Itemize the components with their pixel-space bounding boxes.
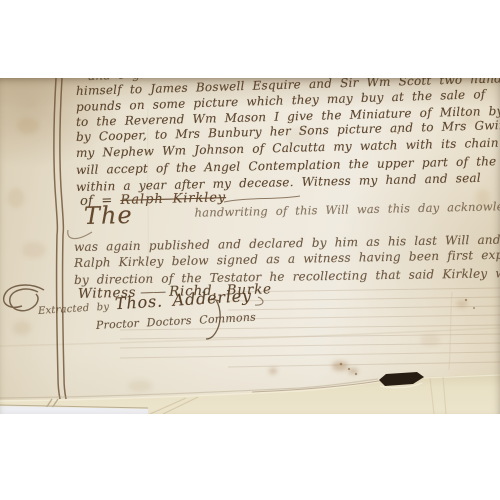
signature-flourish-line — [224, 196, 300, 202]
margin-lines — [54, 78, 66, 399]
attestation-initial: The — [84, 201, 133, 230]
page: { "photo": { "lines": [ "and I give to t… — [0, 0, 500, 500]
document-photo: and I give to the said James Boswell and… — [0, 78, 500, 414]
extracted-by-label: Extracted by — [38, 302, 110, 317]
the-swash — [68, 230, 92, 239]
